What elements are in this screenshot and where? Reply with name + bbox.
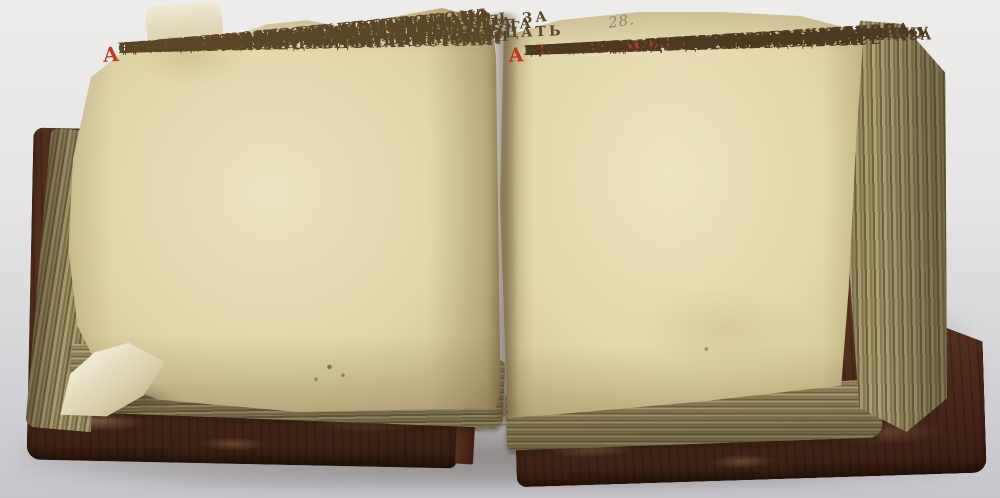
manuscript-line: КОЛЪ · Г ГРИПРОДА · АГНУГРИВНА [536, 44, 537, 59]
pencil-folio-number: 28. [607, 10, 636, 32]
manuscript-line: АЩЕКТОПОСѢУЕТЬ ВЕРЕЮПЕРЕВѢ [524, 44, 525, 59]
right-parchment-page [500, 12, 875, 418]
manuscript-photo-scene: АСАМОМУѢХАТИ СЪОТРОКОМЪНАДВОЮКОНЮ СУДИТИ… [0, 0, 1000, 498]
manuscript-line: УНИПЕСЪ · ИЛИІАСТРЕБЪ · ИЛИСО [530, 44, 531, 59]
right-fore-edge-stack [844, 19, 951, 433]
gutter-shadow [487, 14, 519, 418]
